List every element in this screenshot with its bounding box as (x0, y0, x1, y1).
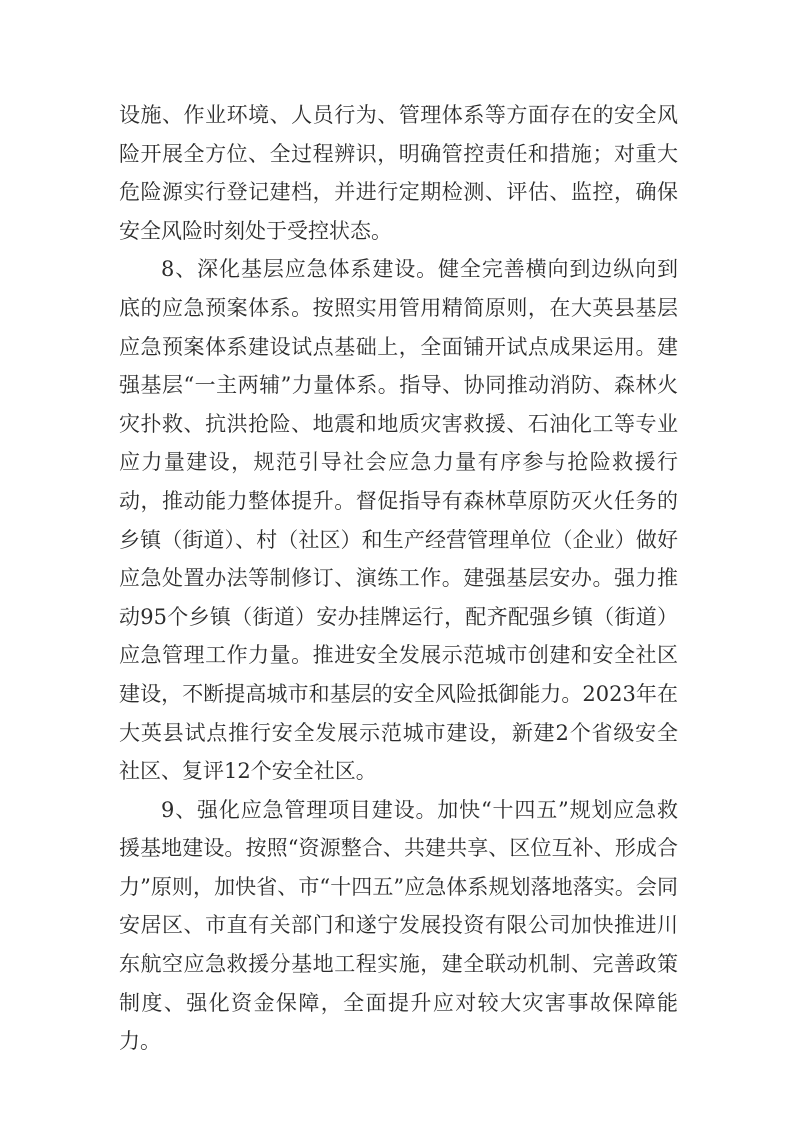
paragraph-item-9: 9、强化应急管理项目建设。加快“十四五”规划应急救援基地建设。按照“资源整合、共… (119, 791, 678, 1061)
paragraph-item-8: 8、深化基层应急体系建设。健全完善横向到边纵向到底的应急预案体系。按照实用管用精… (119, 250, 678, 790)
document-body: 设施、作业环境、人员行为、管理体系等方面存在的安全风险开展全方位、全过程辨识，明… (119, 96, 678, 1061)
paragraph-continuation: 设施、作业环境、人员行为、管理体系等方面存在的安全风险开展全方位、全过程辨识，明… (119, 96, 678, 250)
document-page: 设施、作业环境、人员行为、管理体系等方面存在的安全风险开展全方位、全过程辨识，明… (0, 0, 793, 1122)
